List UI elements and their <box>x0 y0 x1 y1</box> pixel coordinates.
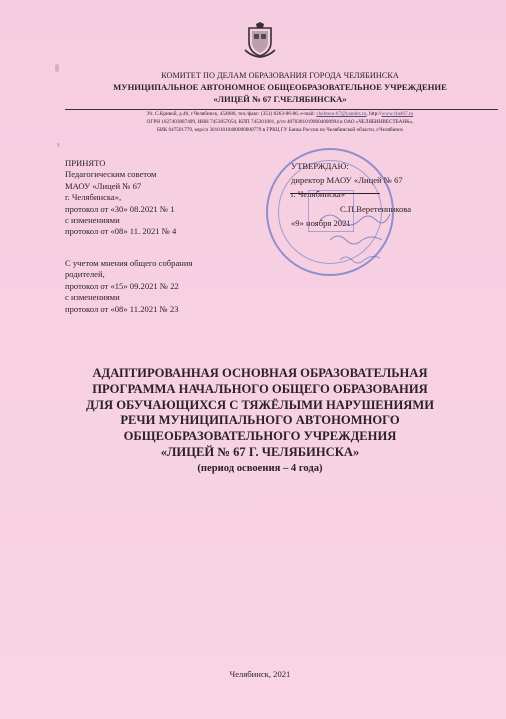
address-text: Ул. С.Кривой, д.40, г.Челябинск, 454080,… <box>147 111 317 117</box>
title-line: ДЛЯ ОБУЧАЮЩИХСЯ С ТЯЖЁЛЫМИ НАРУШЕНИЯМИ <box>40 398 480 414</box>
approval-heading: УТВЕРЖДАЮ: <box>291 159 411 173</box>
scan-artifact <box>55 64 59 72</box>
signature-line <box>290 193 380 194</box>
parents-line: С учетом мнения общего собрания <box>65 258 192 269</box>
accepted-by-council-block: ПРИНЯТО Педагогическим советом МАОУ «Лиц… <box>65 158 176 238</box>
website-link[interactable]: www.chel67.ru <box>382 111 414 117</box>
parents-line: родителей, <box>65 269 192 280</box>
requisites-line-1: Ул. С.Кривой, д.40, г.Челябинск, 454080,… <box>60 110 500 118</box>
title-line: ОБЩЕОБРАЗОВАТЕЛЬНОГО УЧРЕЖДЕНИЯ <box>40 429 480 445</box>
requisites-line-2: ОГРН 1027403887499, ИНН 7453057054, КПП … <box>60 118 500 126</box>
accepted-protocol: протокол от «30» 08.2021 № 1 <box>65 204 176 215</box>
approval-line: директор МАОУ «Лицей № 67 <box>291 173 411 187</box>
website-prefix: , http:// <box>367 111 382 117</box>
accepted-protocol-amended: протокол от «08» 11. 2021 № 4 <box>65 226 176 237</box>
accepted-line: г. Челябинска», <box>65 192 176 203</box>
header-school-name: МУНИЦИПАЛЬНОЕ АВТОНОМНОЕ ОБЩЕОБРАЗОВАТЕЛ… <box>60 82 500 92</box>
email-link[interactable]: chelmou-67@yandex.ru <box>316 111 366 117</box>
parents-line: с изменениями <box>65 292 192 303</box>
accepted-line: с изменениями <box>65 215 176 226</box>
program-period: (период освоения – 4 года) <box>40 461 480 476</box>
title-line: АДАПТИРОВАННАЯ ОСНОВНАЯ ОБРАЗОВАТЕЛЬНАЯ <box>40 366 480 382</box>
city-year: Челябинск, 2021 <box>180 669 340 679</box>
parents-assembly-block: С учетом мнения общего собрания родителе… <box>65 258 192 315</box>
header-committee: КОМИТЕТ ПО ДЕЛАМ ОБРАЗОВАНИЯ ГОРОДА ЧЕЛЯ… <box>60 71 500 80</box>
accepted-line: Педагогическим советом <box>65 169 176 180</box>
requisites-line-3: БИК 047501779, кор/сч 301018104000000007… <box>60 126 500 134</box>
title-line: РЕЧИ МУНИЦИПАЛЬНОГО АВТОНОМНОГО <box>40 413 480 429</box>
title-line: «ЛИЦЕЙ № 67 Г. ЧЕЛЯБИНСКА» <box>40 445 480 461</box>
header-lyceum-name: «ЛИЦЕЙ № 67 Г.ЧЕЛЯБИНСКА» <box>60 94 500 104</box>
requisites-block: Ул. С.Кривой, д.40, г.Челябинск, 454080,… <box>60 110 500 134</box>
accepted-heading: ПРИНЯТО <box>65 158 176 169</box>
parents-protocol-amended: протокол от «08» 11.2021 № 23 <box>65 304 192 315</box>
lyceum-crest-icon <box>243 22 277 58</box>
program-title: АДАПТИРОВАННАЯ ОСНОВНАЯ ОБРАЗОВАТЕЛЬНАЯ … <box>40 366 480 476</box>
accepted-line: МАОУ «Лицей № 67 <box>65 181 176 192</box>
scan-artifact <box>57 143 60 147</box>
handwritten-signature-icon <box>300 200 410 270</box>
parents-protocol: протокол от «15» 09.2021 № 22 <box>65 281 192 292</box>
document-page: КОМИТЕТ ПО ДЕЛАМ ОБРАЗОВАНИЯ ГОРОДА ЧЕЛЯ… <box>0 0 506 719</box>
title-line: ПРОГРАММА НАЧАЛЬНОГО ОБЩЕГО ОБРАЗОВАНИЯ <box>40 382 480 398</box>
